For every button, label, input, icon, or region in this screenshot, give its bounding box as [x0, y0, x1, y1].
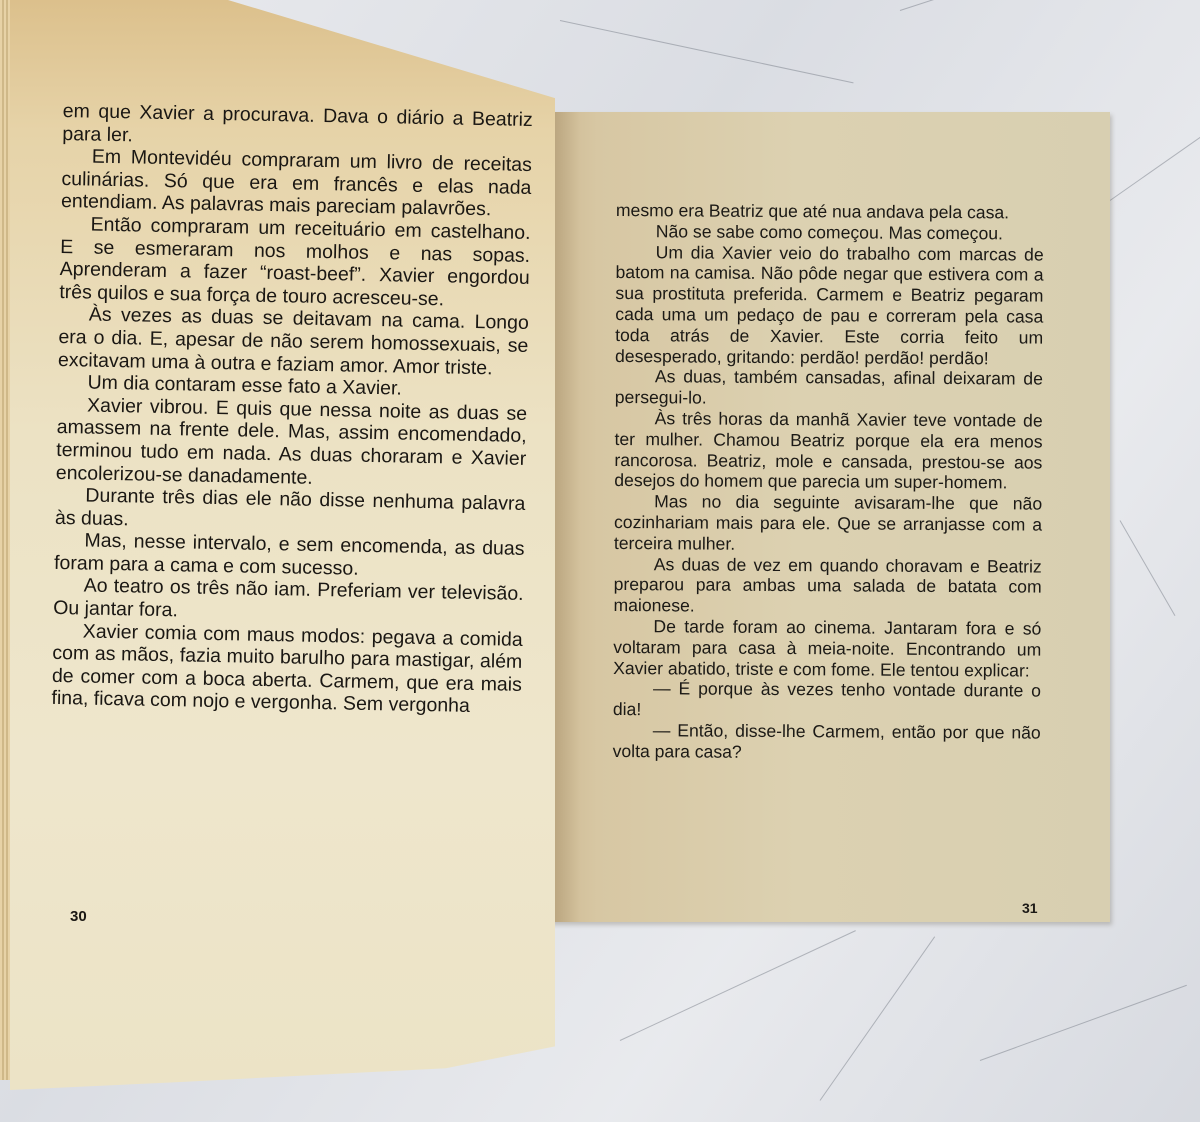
- left-page: em que Xavier a procurava. Dava o diário…: [10, 0, 555, 1090]
- surface-crack: [1120, 520, 1176, 616]
- page-number: 30: [70, 908, 87, 925]
- paragraph: Um dia Xavier veio do trabalho com marca…: [615, 242, 1044, 369]
- surface-crack: [820, 936, 936, 1100]
- surface-crack: [980, 985, 1187, 1061]
- paragraph: Xavier vibrou. E quis que nessa noite as…: [56, 394, 528, 493]
- paragraph: Xavier comia com maus modos: pegava a co…: [51, 620, 523, 719]
- surface-crack: [560, 20, 854, 83]
- surface-crack: [1110, 131, 1200, 201]
- paragraph: Então compraram um receituário em castel…: [59, 213, 531, 312]
- surface-crack: [900, 0, 1148, 11]
- paragraph: Às três horas da manhã Xavier teve vonta…: [614, 408, 1043, 494]
- paragraph: Às vezes as duas se deitavam na cama. Lo…: [58, 303, 529, 380]
- surface-crack: [620, 930, 856, 1041]
- paragraph: As duas de vez em quando choravam e Beat…: [613, 554, 1041, 619]
- paragraph: — É porque às vezes tenho vontade durant…: [613, 678, 1041, 722]
- paragraph: — Então, disse-lhe Carmem, então por que…: [613, 720, 1041, 764]
- paragraph: De tarde foram ao cinema. Jantaram fora …: [613, 616, 1041, 681]
- right-page-body: mesmo era Beatriz que até nua andava pel…: [613, 200, 1044, 764]
- left-page-body: em que Xavier a procurava. Dava o diário…: [51, 100, 533, 719]
- paragraph: Não se sabe como começou. Mas começou.: [616, 221, 1044, 244]
- paragraph: Mas no dia seguinte avisaram-lhe que não…: [614, 491, 1042, 556]
- right-page: mesmo era Beatriz que até nua andava pel…: [540, 112, 1110, 922]
- paragraph: As duas, também cansadas, afinal deixara…: [615, 366, 1043, 410]
- page-number: 31: [1022, 900, 1038, 916]
- paragraph: mesmo era Beatriz que até nua andava pel…: [616, 200, 1044, 223]
- paragraph: Em Montevidéu compraram um livro de rece…: [61, 145, 532, 222]
